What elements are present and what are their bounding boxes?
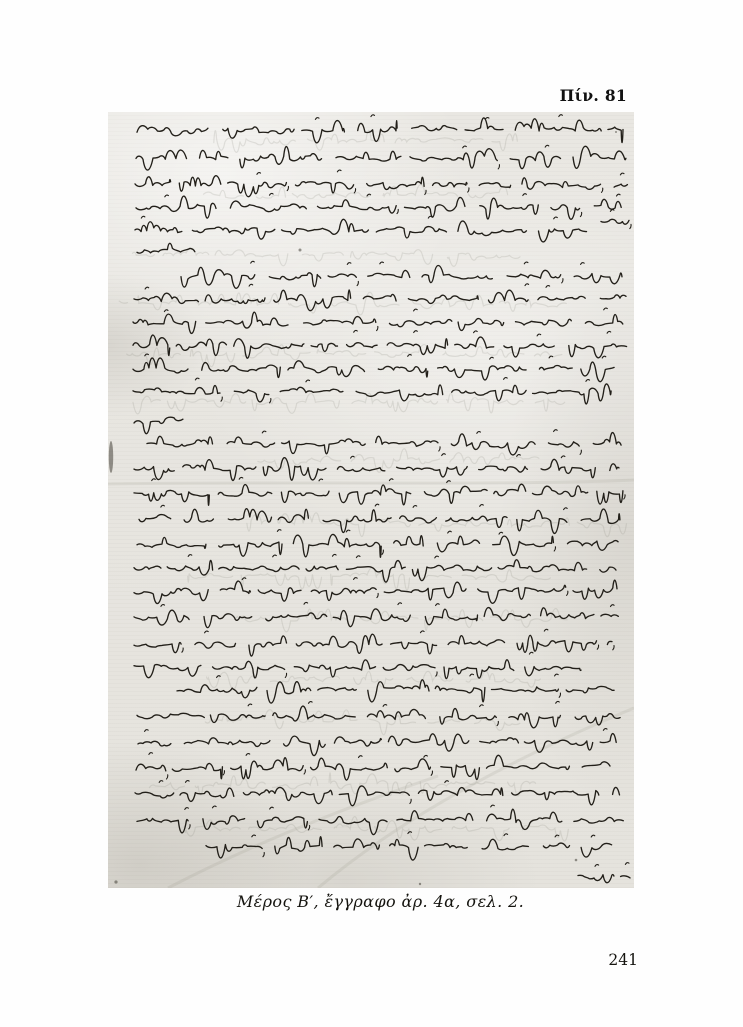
handwriting-ink [133,115,631,883]
manuscript-scan [108,112,634,888]
ink-specks [109,131,617,885]
crease-lines [108,480,634,888]
verso-bleed-strokes [119,130,626,841]
handwriting-svg [108,112,634,888]
figure-caption: Μέρος Β′, ἔγγραφο ἀρ. 4α, σελ. 2. [18,892,743,911]
book-page: Πίν. 81 Μέρος Β′ [0,0,743,1027]
plate-number: Πίν. 81 [560,86,627,105]
page-number: 241 [608,951,638,969]
